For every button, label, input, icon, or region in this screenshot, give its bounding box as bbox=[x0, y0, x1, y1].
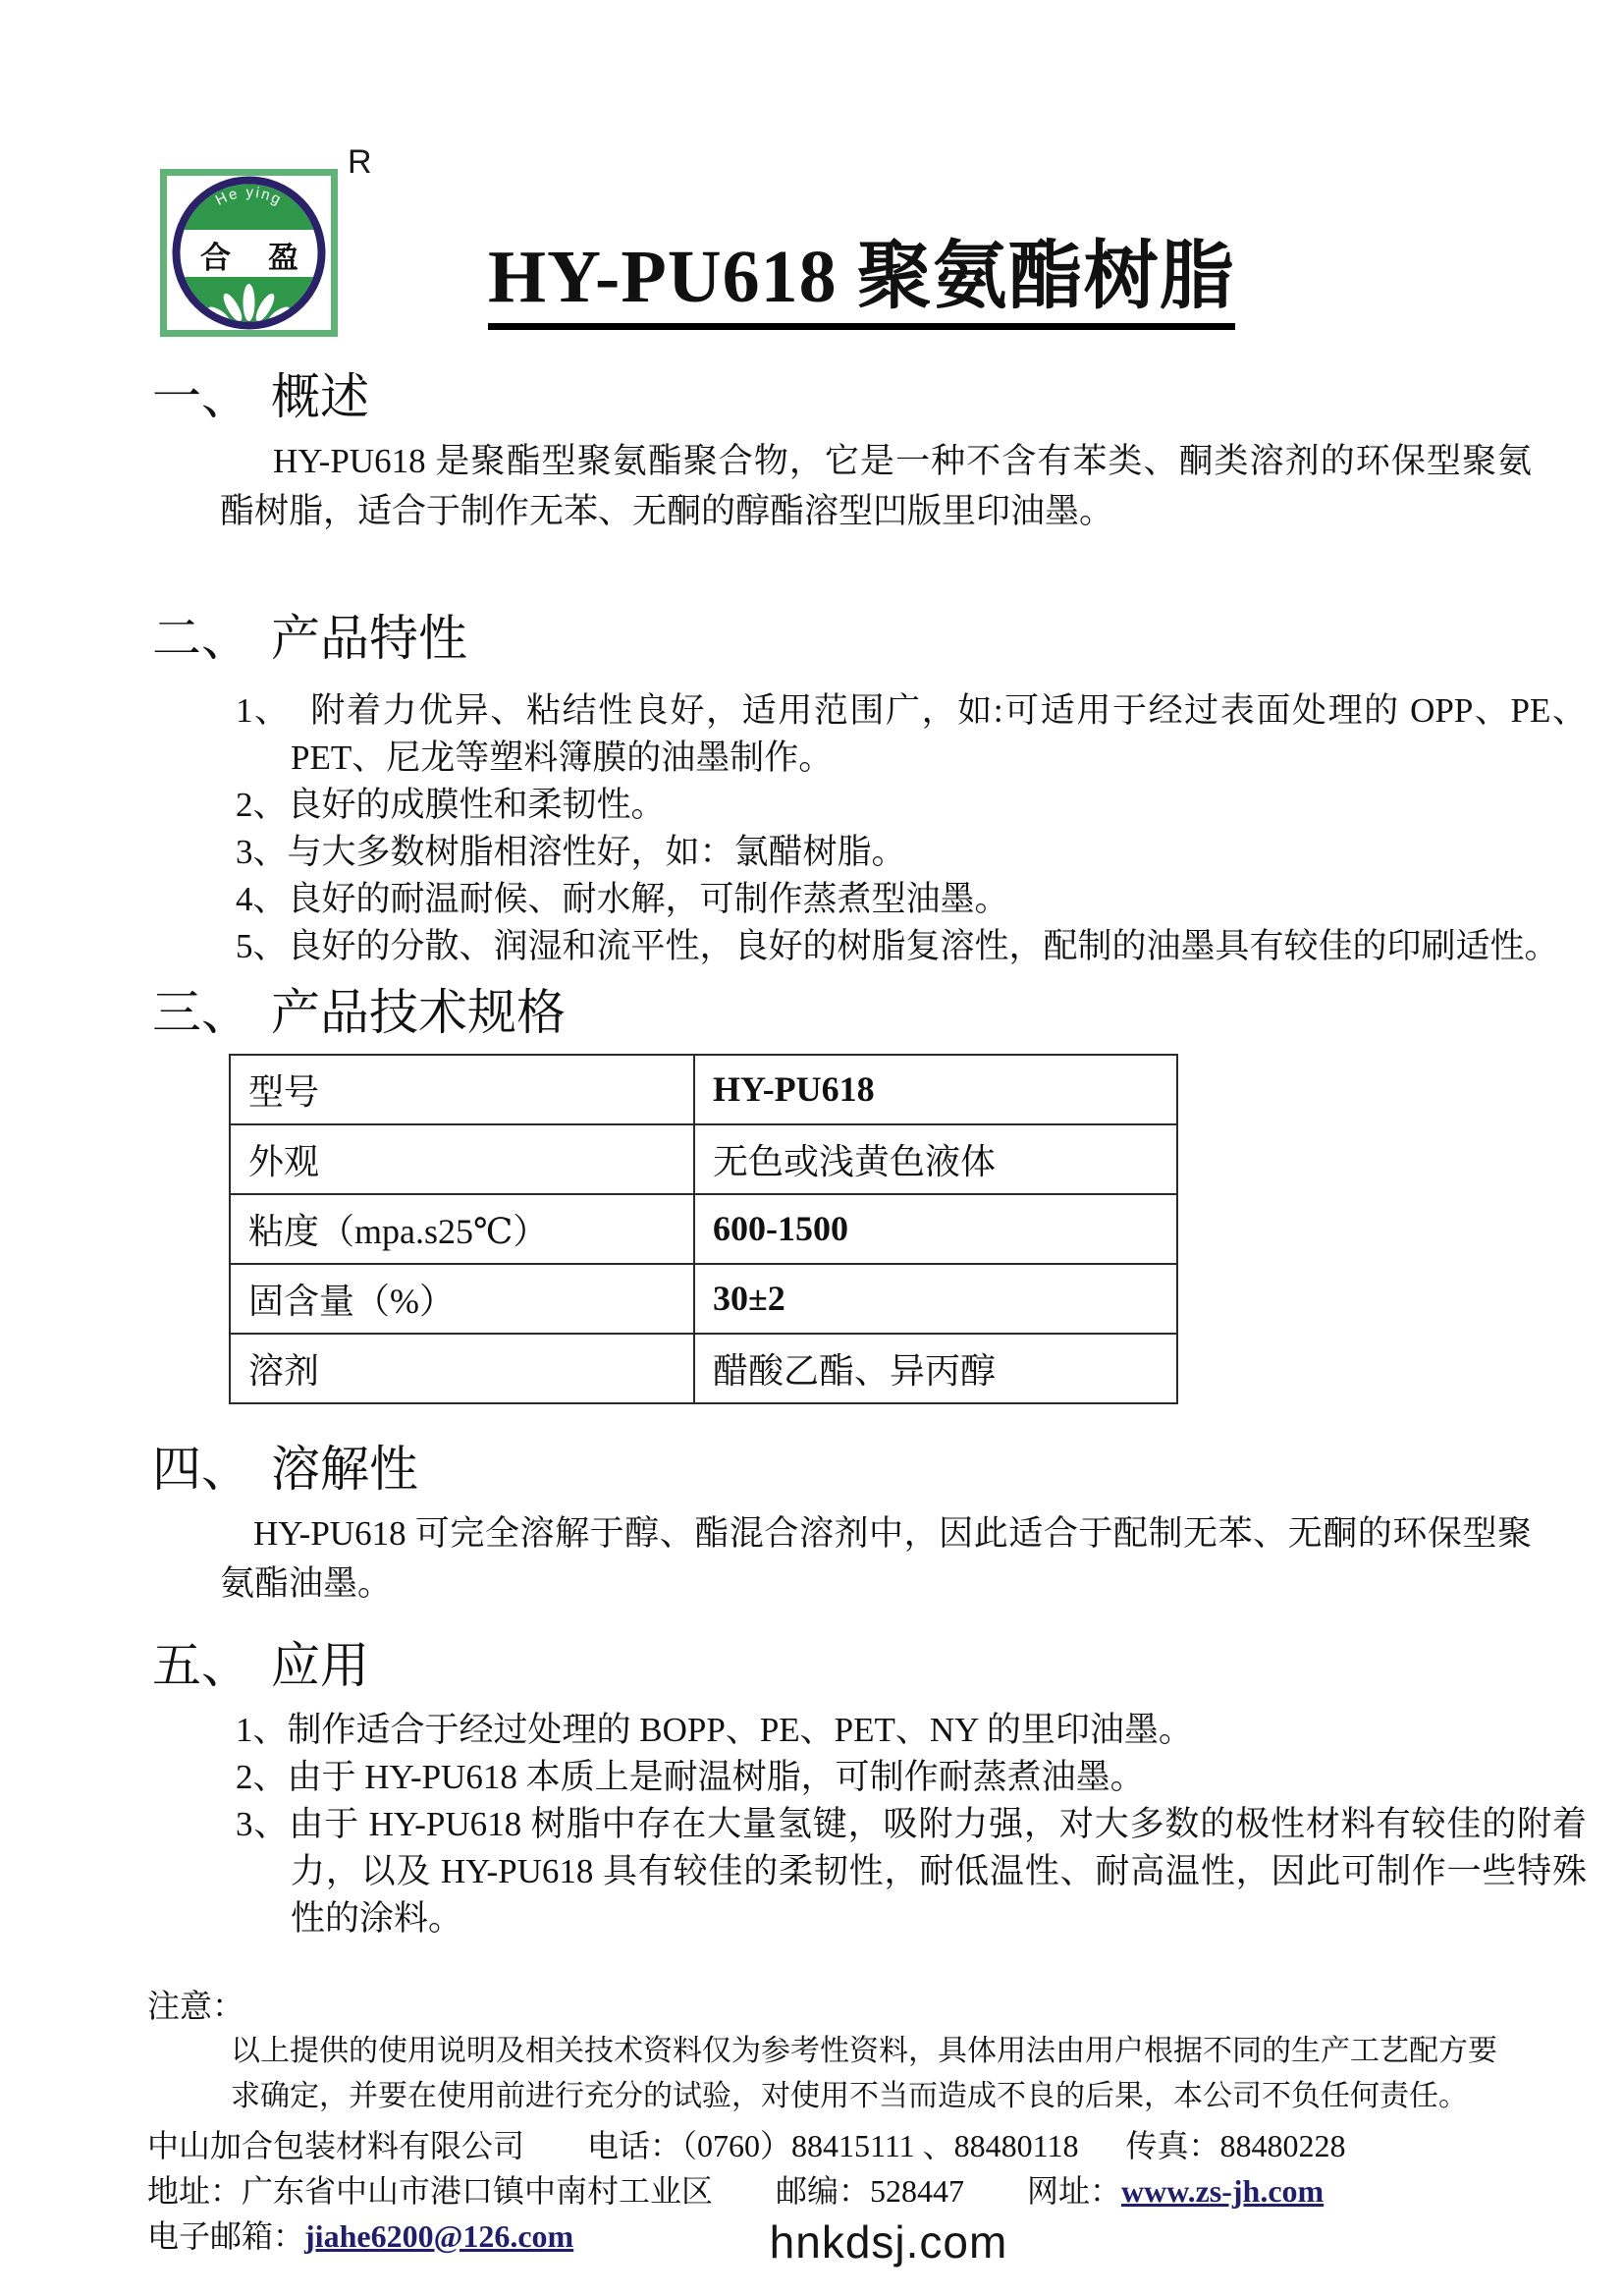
list-item: 1、制作适合于经过处理的 BOPP、PE、PET、NY 的里印油墨。 bbox=[236, 1707, 1587, 1754]
website-link[interactable]: www.zs-jh.com bbox=[1121, 2173, 1324, 2209]
section-title: 产品特性 bbox=[271, 607, 467, 670]
table-row: 固含量（%） 30±2 bbox=[230, 1264, 1177, 1334]
item-text: 良好的分散、润湿和流平性，良好的树脂复溶性，配制的油墨具有较佳的印刷适性。 bbox=[288, 927, 1559, 965]
section-number: 四、 bbox=[152, 1438, 271, 1501]
spec-value: 30±2 bbox=[694, 1264, 1177, 1334]
footer-address-prefix: 地址：广东省中山市港口镇中南村工业区 邮编：528447 网址： bbox=[147, 2173, 1121, 2209]
table-row: 外观 无色或浅黄色液体 bbox=[230, 1124, 1177, 1194]
section-number: 三、 bbox=[152, 981, 271, 1044]
list-item: 3、由于 HY-PU618 树脂中存在大量氢键，吸附力强，对大多数的极性材料有较… bbox=[236, 1801, 1587, 1942]
datasheet-page: He ying 合 盈 R HY-PU618 聚氨酯树脂 一、 概述 HY-PU… bbox=[0, 0, 1623, 2296]
item-number: 4、 bbox=[236, 880, 288, 918]
spec-label: 粘度（mpa.s25℃） bbox=[230, 1194, 694, 1264]
item-text: 制作适合于经过处理的 BOPP、PE、PET、NY 的里印油墨。 bbox=[288, 1711, 1193, 1749]
section-title: 产品技术规格 bbox=[271, 981, 566, 1044]
section-heading-features: 二、 产品特性 bbox=[152, 607, 1623, 670]
spec-label: 溶剂 bbox=[230, 1334, 694, 1403]
spec-value: 醋酸乙酯、异丙醇 bbox=[694, 1334, 1177, 1403]
registered-trademark-mark: R bbox=[348, 143, 372, 182]
item-number: 3、 bbox=[236, 1805, 289, 1843]
item-text: 良好的耐温耐候、耐水解，可制作蒸煮型油墨。 bbox=[288, 880, 1009, 918]
section-heading-overview: 一、 概述 bbox=[152, 365, 1623, 428]
features-list: 1、 附着力优异、粘结性良好，适用范围广，如:可适用于经过表面处理的 OPP、P… bbox=[0, 687, 1623, 970]
item-text: 由于 HY-PU618 树脂中存在大量氢键，吸附力强，对大多数的极性材料有较佳的… bbox=[289, 1805, 1587, 1938]
section-number: 一、 bbox=[152, 365, 271, 428]
list-item: 4、良好的耐温耐候、耐水解，可制作蒸煮型油墨。 bbox=[236, 876, 1587, 923]
item-text: 由于 HY-PU618 本质上是耐温树脂，可制作耐蒸煮油墨。 bbox=[288, 1758, 1145, 1796]
section-heading-applications: 五、 应用 bbox=[152, 1634, 1623, 1697]
email-link[interactable]: jiahe6200@126.com bbox=[304, 2218, 573, 2254]
section-title: 溶解性 bbox=[271, 1438, 418, 1501]
section-title: 应用 bbox=[271, 1634, 369, 1697]
item-number: 5、 bbox=[236, 927, 288, 965]
item-text: 附着力优异、粘结性良好，适用范围广，如:可适用于经过表面处理的 OPP、PE、P… bbox=[291, 691, 1587, 777]
item-number: 3、 bbox=[236, 833, 288, 871]
table-row: 粘度（mpa.s25℃） 600-1500 bbox=[230, 1194, 1177, 1264]
section-title: 概述 bbox=[271, 365, 369, 428]
item-text: 良好的成膜性和柔韧性。 bbox=[288, 786, 666, 824]
list-item: 5、良好的分散、润湿和流平性，良好的树脂复溶性，配制的油墨具有较佳的印刷适性。 bbox=[236, 923, 1587, 970]
table-row: 溶剂 醋酸乙酯、异丙醇 bbox=[230, 1334, 1177, 1403]
notice-label: 注意： bbox=[147, 1986, 1623, 2029]
spec-value: 无色或浅黄色液体 bbox=[694, 1124, 1177, 1194]
company-logo: He ying 合 盈 bbox=[160, 169, 338, 337]
section-number: 二、 bbox=[152, 607, 271, 670]
spec-label: 固含量（%） bbox=[230, 1264, 694, 1334]
item-number: 1、 bbox=[236, 1711, 288, 1749]
footer-email-prefix: 电子邮箱： bbox=[147, 2218, 304, 2254]
footer-company-phone-fax: 中山加合包装材料有限公司 电话：（0760）88415111 、88480118… bbox=[147, 2123, 1623, 2168]
spec-table: 型号 HY-PU618 外观 无色或浅黄色液体 粘度（mpa.s25℃） 600… bbox=[229, 1054, 1178, 1404]
section-heading-solubility: 四、 溶解性 bbox=[152, 1438, 1623, 1501]
item-number: 1、 bbox=[236, 691, 291, 730]
overview-paragraph: HY-PU618 是聚酯型聚氨酯聚合物，它是一种不含有苯类、酮类溶剂的环保型聚氨… bbox=[220, 436, 1532, 536]
list-item: 1、 附着力优异、粘结性良好，适用范围广，如:可适用于经过表面处理的 OPP、P… bbox=[236, 687, 1587, 782]
list-item: 3、与大多数树脂相溶性好，如：氯醋树脂。 bbox=[236, 829, 1587, 876]
page-title: HY-PU618 聚氨酯树脂 bbox=[488, 239, 1235, 330]
list-item: 2、良好的成膜性和柔韧性。 bbox=[236, 782, 1587, 829]
spec-label: 外观 bbox=[230, 1124, 694, 1194]
spec-value: HY-PU618 bbox=[694, 1055, 1177, 1124]
footer-address-line: 地址：广东省中山市港口镇中南村工业区 邮编：528447 网址：www.zs-j… bbox=[147, 2168, 1623, 2214]
site-watermark: hnkdsj.com bbox=[770, 2215, 1008, 2269]
logo-char-left: 合 bbox=[200, 241, 231, 275]
item-text: 与大多数树脂相溶性好，如：氯醋树脂。 bbox=[288, 833, 906, 871]
item-number: 2、 bbox=[236, 1758, 288, 1796]
list-item: 2、由于 HY-PU618 本质上是耐温树脂，可制作耐蒸煮油墨。 bbox=[236, 1754, 1587, 1801]
solubility-paragraph: HY-PU618 可完全溶解于醇、酯混合溶剂中，因此适合于配制无苯、无酮的环保型… bbox=[220, 1508, 1532, 1609]
section-number: 五、 bbox=[152, 1634, 271, 1697]
applications-list: 1、制作适合于经过处理的 BOPP、PE、PET、NY 的里印油墨。 2、由于 … bbox=[0, 1707, 1623, 1942]
spec-label: 型号 bbox=[230, 1055, 694, 1124]
section-heading-specs: 三、 产品技术规格 bbox=[152, 981, 1623, 1044]
company-logo-graphic: He ying 合 盈 bbox=[160, 169, 338, 337]
notice-body: 以上提供的使用说明及相关技术资料仅为参考性资料，具体用法由用户根据不同的生产工艺… bbox=[231, 2029, 1497, 2119]
logo-char-right: 盈 bbox=[268, 241, 298, 275]
table-row: 型号 HY-PU618 bbox=[230, 1055, 1177, 1124]
item-number: 2、 bbox=[236, 786, 288, 824]
spec-value: 600-1500 bbox=[694, 1194, 1177, 1264]
